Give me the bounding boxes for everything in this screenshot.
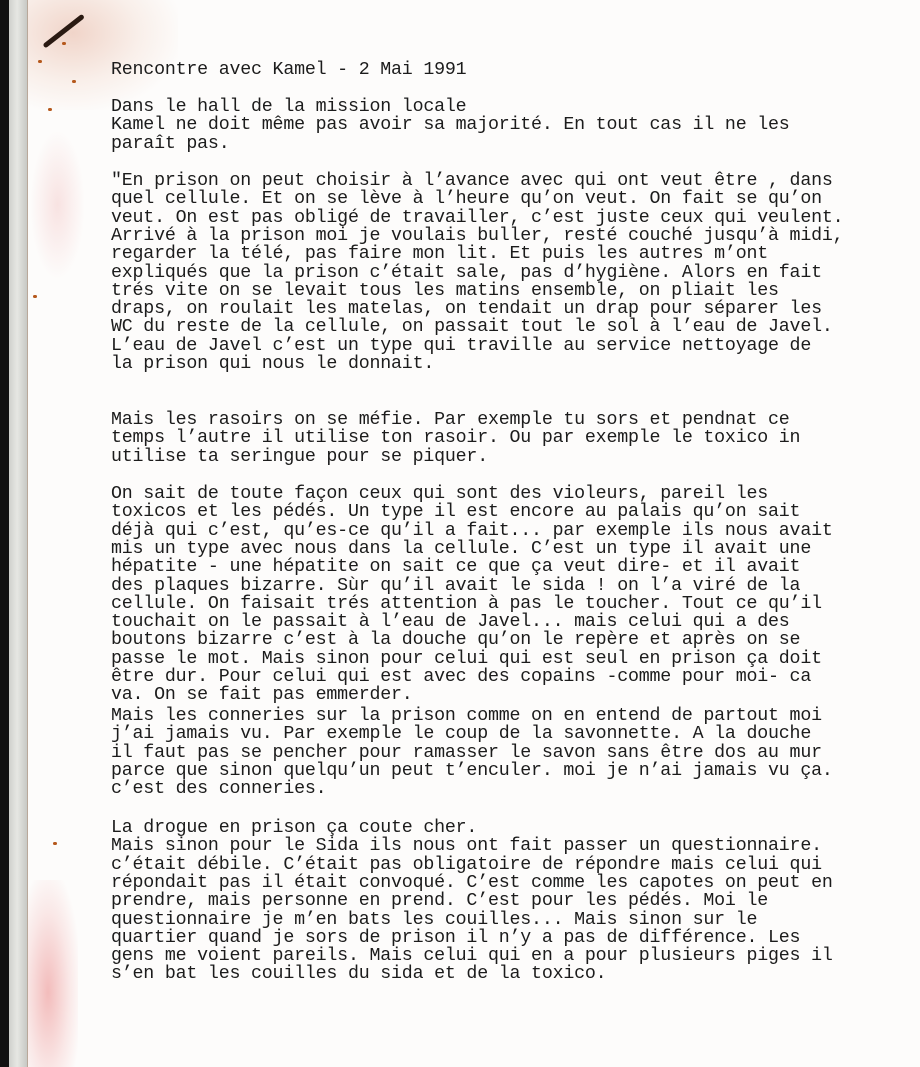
scan-margin-strip	[9, 0, 28, 1067]
text-line: des plaques bizarre. Sùr qu’il avait le …	[111, 577, 800, 595]
typewritten-text: Rencontre avec Kamel - 2 Mai 1991 Dans l…	[111, 0, 154, 91]
rust-speck	[38, 60, 42, 63]
text-line: Dans le hall de la mission locale	[111, 98, 466, 116]
text-line: quel cellule. Et on se lève à l’heure qu…	[111, 190, 822, 208]
text-line: mis un type avec nous dans la cellule. C…	[111, 540, 811, 558]
text-line: Arrivé à la prison moi je voulais buller…	[111, 227, 843, 245]
text-line: gens me voient pareils. Mais celui qui e…	[111, 947, 833, 965]
text-line: être dur. Pour celui qui est avec des co…	[111, 668, 811, 686]
text-line: boutons bizarre c’est à la douche qu’on …	[111, 631, 800, 649]
paper-stain-left	[30, 130, 85, 280]
text-line: "En prison on peut choisir à l’avance av…	[111, 172, 833, 190]
text-line: La drogue en prison ça coute cher.	[111, 819, 477, 837]
scan-binding-edge	[0, 0, 9, 1067]
text-line: la prison qui nous le donnait.	[111, 355, 434, 373]
rust-speck	[53, 842, 57, 845]
rust-speck	[33, 295, 37, 298]
rust-speck	[62, 42, 66, 45]
text-line: Mais les rasoirs on se méfie. Par exempl…	[111, 411, 790, 429]
text-line: Mais les conneries sur la prison comme o…	[111, 707, 822, 725]
text-line: regarder la télé, pas faire mon lit. Et …	[111, 245, 768, 263]
text-line: déjà qui c’est, qu’es-ce qu’il a fait...…	[111, 522, 833, 540]
text-line: draps, on roulait les matelas, on tendai…	[111, 300, 822, 318]
document-title: Rencontre avec Kamel - 2 Mai 1991	[111, 61, 466, 79]
text-line: hépatite - une hépatite on sait ce que ç…	[111, 558, 800, 576]
text-line: expliqués que la prison c’était sale, pa…	[111, 264, 822, 282]
text-line: paraît pas.	[111, 135, 229, 153]
paper-stain-top	[28, 0, 178, 110]
text-line: il faut pas se pencher pour ramasser le …	[111, 744, 822, 762]
text-line: parce que sinon quelqu’un peut t’enculer…	[111, 762, 833, 780]
text-line: s’en bat les couilles du sida et de la t…	[111, 965, 606, 983]
text-line: répondait pas il était convoqué. C’est c…	[111, 874, 833, 892]
text-line: L’eau de Javel c’est un type qui travill…	[111, 337, 811, 355]
text-line: cellule. On faisait trés attention à pas…	[111, 595, 822, 613]
text-line: va. On se fait pas emmerder.	[111, 686, 413, 704]
scanned-page: Rencontre avec Kamel - 2 Mai 1991 Dans l…	[0, 0, 920, 1067]
text-line: quartier quand je sors de prison il n’y …	[111, 929, 800, 947]
text-line: utilise ta seringue pour se piquer.	[111, 448, 488, 466]
rust-speck	[48, 108, 52, 111]
text-line: trés vite on se levait tous les matins e…	[111, 282, 779, 300]
text-line: temps l’autre il utilise ton rasoir. Ou …	[111, 429, 800, 447]
text-line: On sait de toute façon ceux qui sont des…	[111, 485, 768, 503]
text-line: touchait on le passait à l’eau de Javel.…	[111, 613, 790, 631]
text-line: veut. On est pas obligé de travailler, c…	[111, 209, 843, 227]
text-line: WC du reste de la cellule, on passait to…	[111, 318, 833, 336]
text-line: questionnaire je m’en bats les couilles.…	[111, 911, 757, 929]
text-line: c’est des conneries.	[111, 780, 326, 798]
text-line: toxicos et les pédés. Un type il est enc…	[111, 503, 800, 521]
text-line: j’ai jamais vu. Par exemple le coup de l…	[111, 725, 811, 743]
text-line: c’était débile. C’était pas obligatoire …	[111, 856, 822, 874]
text-line: Kamel ne doit même pas avoir sa majorité…	[111, 116, 790, 134]
text-line: prendre, mais personne en prend. C’est p…	[111, 892, 768, 910]
text-line: passe le mot. Mais sinon pour celui qui …	[111, 650, 822, 668]
text-line: Mais sinon pour le Sida ils nous ont fai…	[111, 837, 822, 855]
rust-speck	[72, 80, 76, 83]
paper-stain-bottom	[28, 880, 78, 1067]
